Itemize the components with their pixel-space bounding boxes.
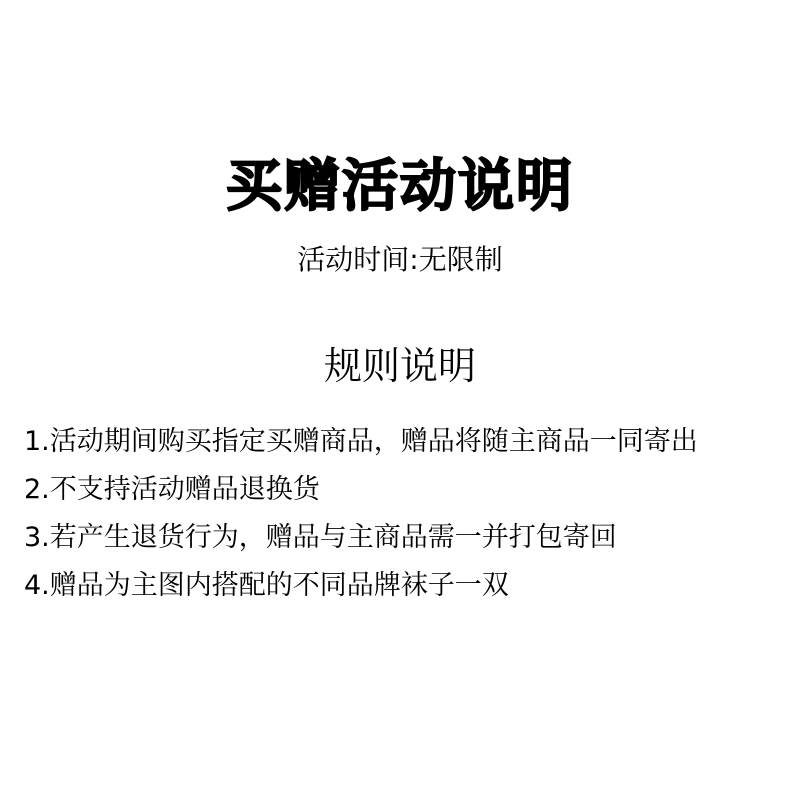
rule-item: 2.不支持活动赠品退换货 <box>24 466 794 514</box>
rule-item: 1.活动期间购买指定买赠商品，赠品将随主商品一同寄出 <box>24 418 794 466</box>
activity-time: 活动时间:无限制 <box>0 240 800 280</box>
rule-item: 3.若产生退货行为，赠品与主商品需一并打包寄回 <box>24 514 794 562</box>
page-title: 买赠活动说明 <box>0 152 800 222</box>
rules-list: 1.活动期间购买指定买赠商品，赠品将随主商品一同寄出 2.不支持活动赠品退换货 … <box>24 418 794 610</box>
rules-heading: 规则说明 <box>0 338 800 394</box>
rule-item: 4.赠品为主图内搭配的不同品牌袜子一双 <box>24 562 794 610</box>
